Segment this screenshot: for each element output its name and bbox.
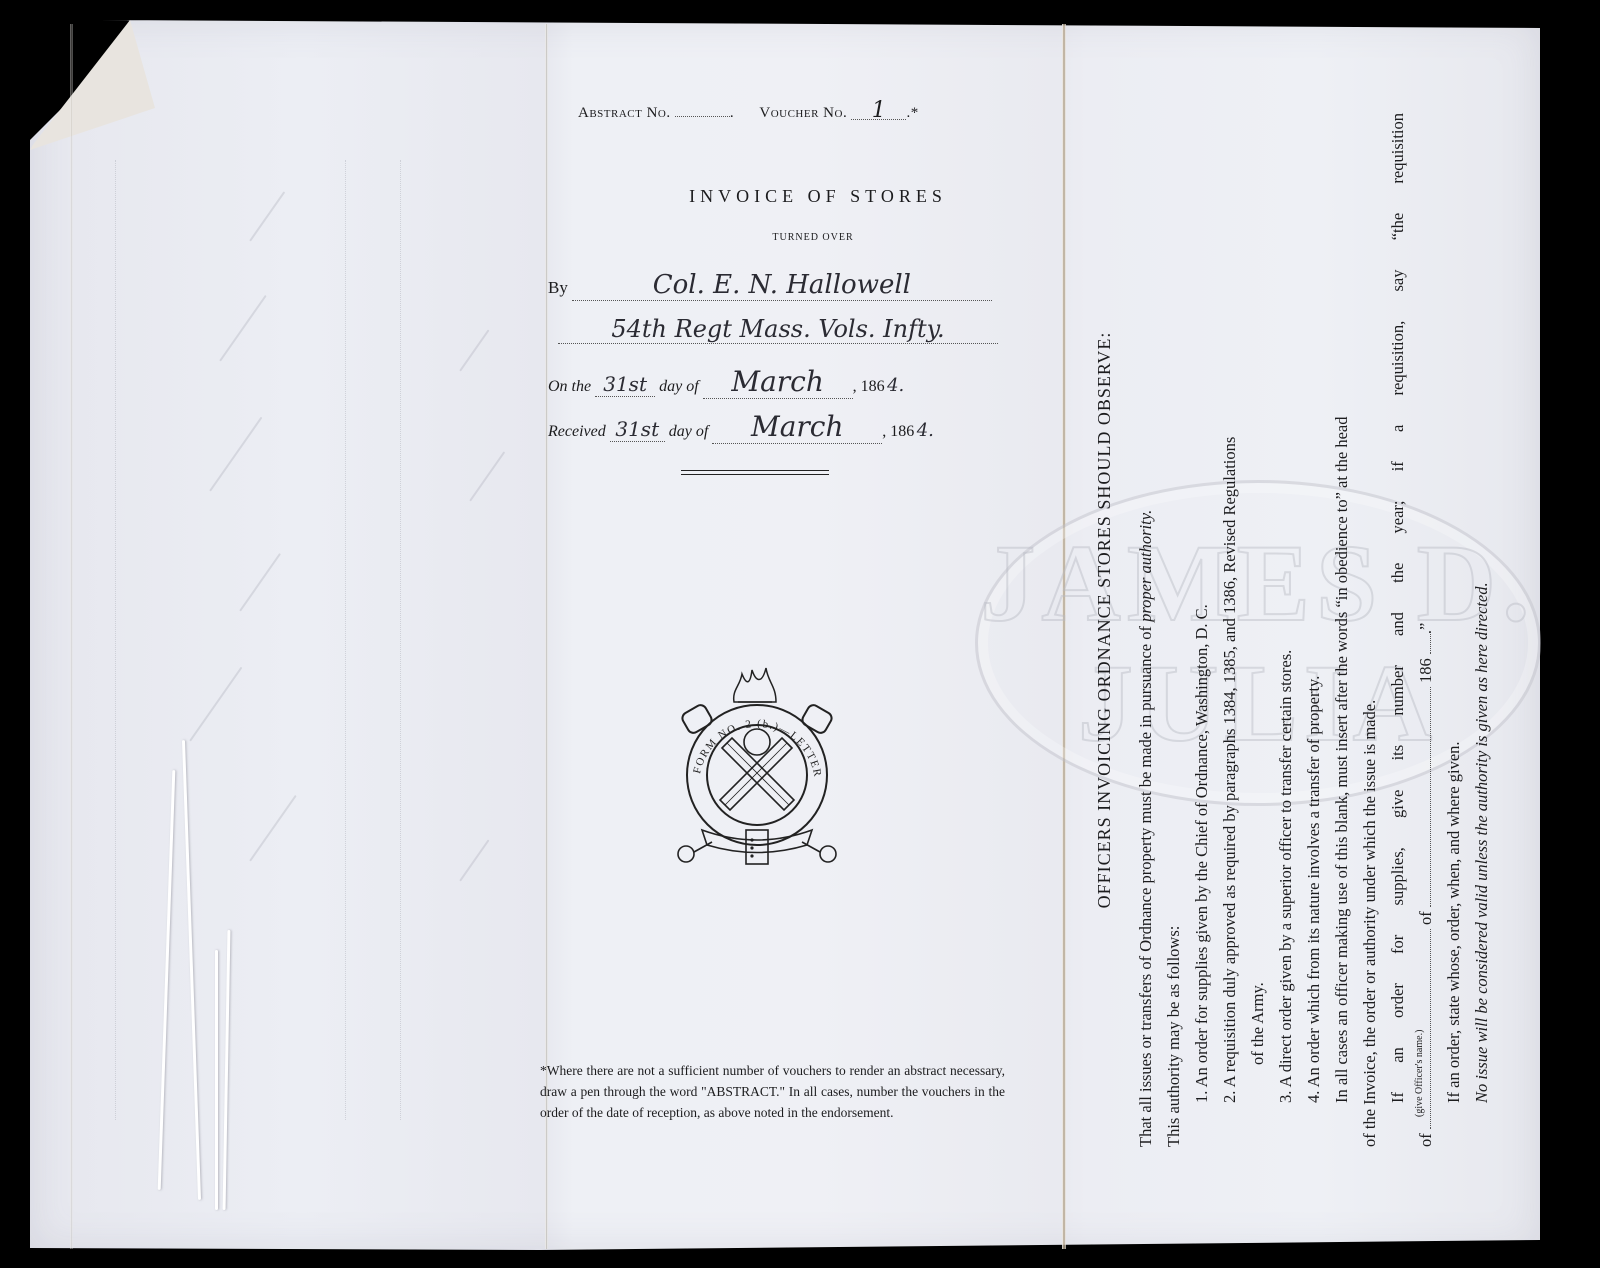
on-the-row: On the 31st day of March, 1864. xyxy=(548,365,907,399)
reverse-show-through xyxy=(60,160,520,1120)
by-row: By Col. E. N. Hallowell xyxy=(548,270,992,301)
requisition-year-field[interactable] xyxy=(1414,634,1431,654)
on-the-day-field[interactable]: 31st xyxy=(595,372,655,397)
ghost-script xyxy=(459,839,489,881)
on-the-year-field[interactable]: 4. xyxy=(885,375,907,396)
year-prefix: , 186 xyxy=(853,378,885,395)
officer-name-hint: (give Officer's name.) xyxy=(1406,1030,1434,1117)
voucher-label: Voucher No. xyxy=(759,105,847,121)
ghost-rule xyxy=(115,160,116,1120)
received-day-field[interactable]: 31st xyxy=(610,417,665,442)
svg-text:FORM NO. 2 (b.)—LETTER: FORM NO. 2 (b.)—LETTER xyxy=(691,718,823,779)
instructions-title: OFFICERS INVOICING ORDNANCE STORES SHOUL… xyxy=(1090,75,1120,1165)
footnote: *Where there are not a sufficient number… xyxy=(540,1060,1005,1123)
double-rule-divider xyxy=(681,470,829,475)
year-blank: 186 xyxy=(1416,658,1435,683)
ghost-rule xyxy=(345,160,346,1120)
ordnance-seal-icon: FORM NO. 2 (b.)—LETTER xyxy=(672,660,842,880)
ghost-script xyxy=(249,191,285,241)
instruction-supplies: If an order for supplies, give its numbe… xyxy=(1384,113,1412,1103)
instruction-item-2-cont: of the Army. xyxy=(1244,75,1272,1065)
instruction-requisition-blank: (give Officer's name.) of of 186 .” xyxy=(1412,75,1440,1147)
document-subtitle: TURNED OVER xyxy=(548,232,1048,243)
ghost-script xyxy=(469,451,505,501)
paper-wrinkle xyxy=(215,950,218,1210)
on-the-label: On the xyxy=(548,378,591,395)
document-title: INVOICE OF STORES xyxy=(548,186,1018,207)
received-year-field[interactable]: 4. xyxy=(914,420,936,441)
voucher-asterisk: .* xyxy=(906,105,918,121)
on-the-month-field[interactable]: March xyxy=(703,365,853,399)
instruction-item-1: 1. An order for supplies given by the Ch… xyxy=(1188,75,1216,1103)
ghost-script xyxy=(209,417,262,492)
received-label: Received xyxy=(548,423,606,440)
ghost-script xyxy=(249,795,297,862)
header-numbers: Abstract No. . Voucher No. 1.* xyxy=(578,103,1018,122)
instruction-item-4: 4. An order which from its nature involv… xyxy=(1300,75,1328,1103)
by-field[interactable]: Col. E. N. Hallowell xyxy=(572,270,992,301)
instruction-item-2: 2. A requisition duly approved as requir… xyxy=(1216,75,1244,1103)
ghost-rule xyxy=(400,160,401,1120)
intro-text: That all issues or transfers of Ordnance… xyxy=(1136,622,1155,1147)
received-month-field[interactable]: March xyxy=(712,410,882,444)
instructions-panel: OFFICERS INVOICING ORDNANCE STORES SHOUL… xyxy=(1090,75,1490,1165)
instructions-intro-b: This authority may be as follows: xyxy=(1160,75,1188,1147)
unit-row: 54th Regt Mass. Vols. Infty. xyxy=(548,315,998,344)
received-year-prefix: , 186 xyxy=(882,423,914,440)
received-day-of-label: day of xyxy=(669,423,709,440)
voucher-number-field[interactable]: 1 xyxy=(851,103,906,120)
by-label: By xyxy=(548,278,568,297)
instruction-all-cases-cont: of the Invoice, the order or authority u… xyxy=(1356,75,1384,1147)
close-quote: .” xyxy=(1416,623,1435,634)
ghost-script xyxy=(239,553,281,611)
abstract-number-field[interactable] xyxy=(675,116,730,117)
instructions-intro: That all issues or transfers of Ordnance… xyxy=(1132,75,1160,1147)
instruction-final-note: No issue will be considered valid unless… xyxy=(1468,75,1496,1103)
intro-emphasis: proper authority. xyxy=(1136,510,1155,622)
received-row: Received 31st day of March, 1864. xyxy=(548,410,936,444)
ghost-script xyxy=(189,667,242,742)
ghost-script xyxy=(219,295,267,362)
day-of-label: day of xyxy=(659,378,699,395)
of-label: of xyxy=(1416,1133,1435,1147)
abstract-label: Abstract No. xyxy=(578,105,671,121)
instruction-all-cases: In all cases an officer making use of th… xyxy=(1328,75,1356,1103)
ghost-script xyxy=(459,329,489,371)
ordnance-seal: FORM NO. 2 (b.)—LETTER xyxy=(672,660,842,880)
unit-field[interactable]: 54th Regt Mass. Vols. Infty. xyxy=(558,315,998,344)
instruction-item-3: 3. A direct order given by a superior of… xyxy=(1272,75,1300,1103)
seal-ring-text: FORM NO. 2 (b.)—LETTER xyxy=(691,718,823,779)
requisition-date-field[interactable] xyxy=(1414,687,1431,907)
of-label-2: of xyxy=(1416,911,1435,925)
instruction-order: If an order, state whose, order, when, a… xyxy=(1440,75,1468,1103)
